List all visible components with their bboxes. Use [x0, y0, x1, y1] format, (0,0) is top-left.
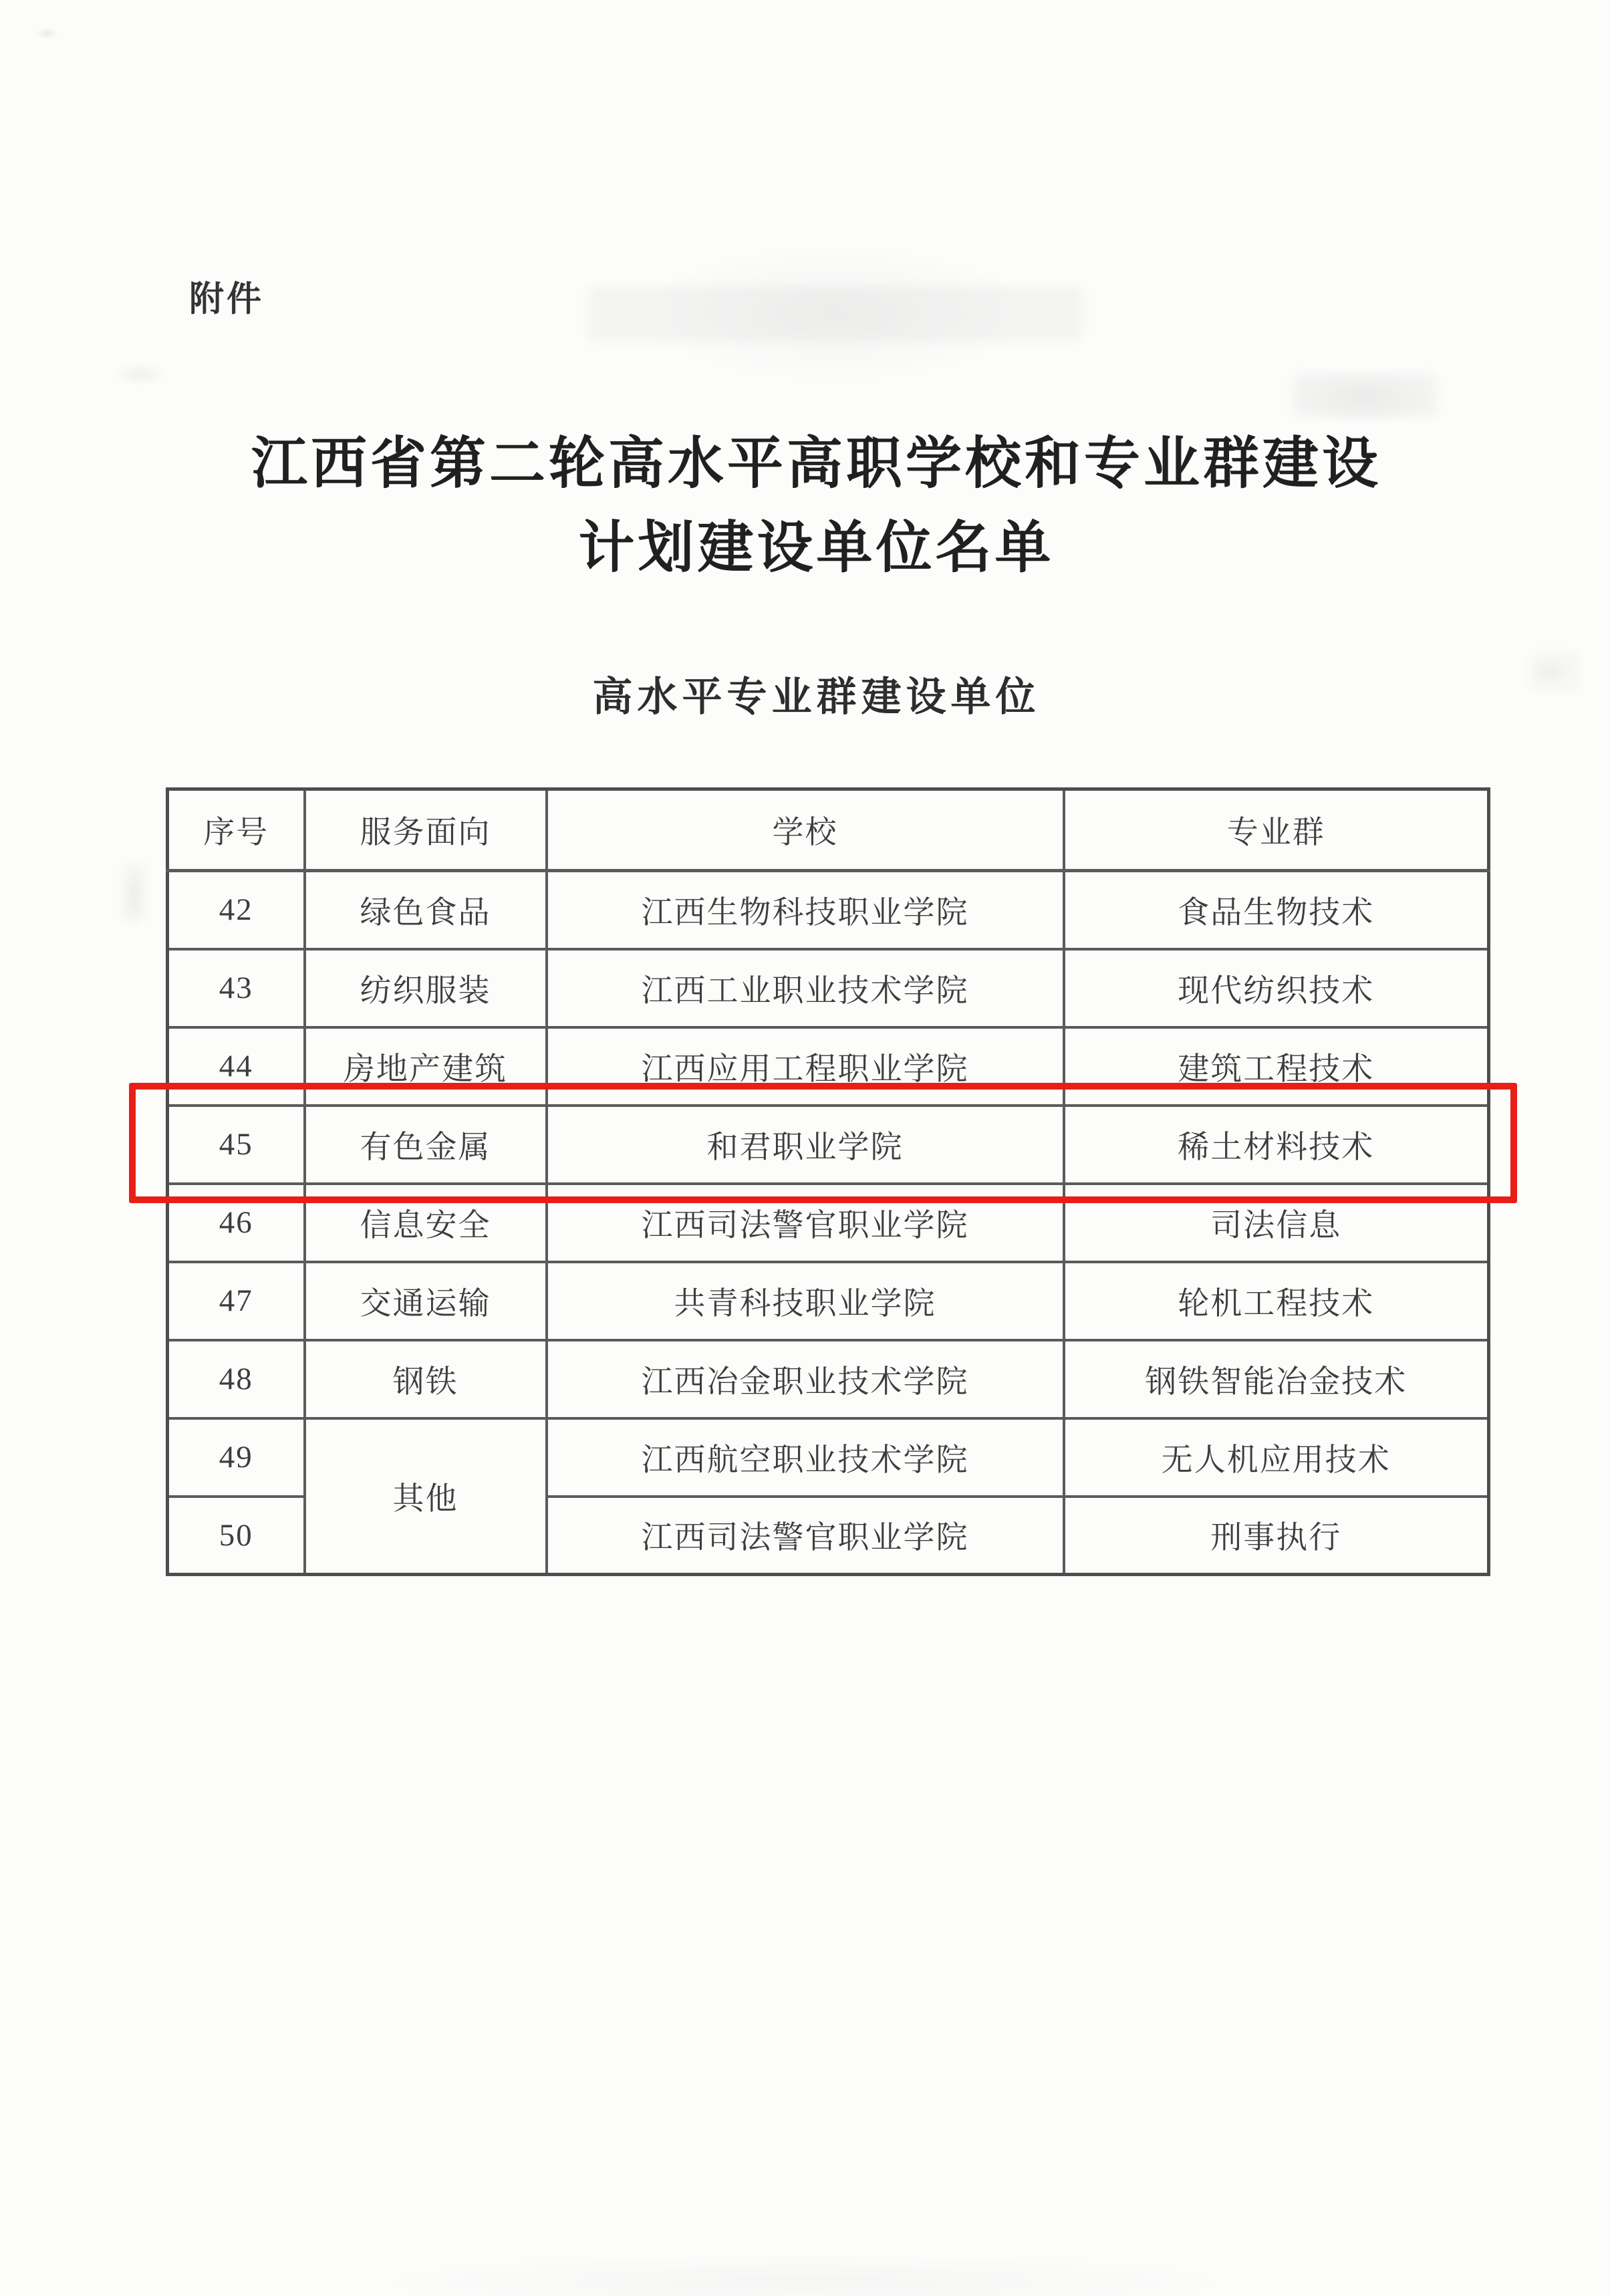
- table-row: 46 信息安全 江西司法警官职业学院 司法信息: [168, 1184, 1489, 1262]
- cell-school: 江西司法警官职业学院: [547, 1497, 1064, 1575]
- cell-group: 食品生物技术: [1064, 871, 1489, 949]
- cell-field: 有色金属: [305, 1106, 547, 1184]
- cell-group: 稀土材料技术: [1064, 1106, 1489, 1184]
- header-no: 序号: [168, 789, 305, 871]
- document-page: 附件 江西省第二轮高水平高职学校和专业群建设 计划建设单位名单 高水平专业群建设…: [0, 0, 1610, 2296]
- cell-field: 纺织服装: [305, 949, 547, 1027]
- cell-no: 46: [168, 1184, 305, 1262]
- units-table: 序号 服务面向 学校 专业群 42 绿色食品 江西生物科技职业学院 食品生物技术…: [166, 787, 1490, 1576]
- cell-no: 42: [168, 871, 305, 949]
- cell-group: 无人机应用技术: [1064, 1418, 1489, 1497]
- cell-no: 47: [168, 1262, 305, 1340]
- cell-school: 江西生物科技职业学院: [547, 871, 1064, 949]
- cell-group: 司法信息: [1064, 1184, 1489, 1262]
- cell-no: 49: [168, 1418, 305, 1497]
- cell-no: 44: [168, 1027, 305, 1106]
- bleed-through-artifact: [1293, 373, 1437, 417]
- table-row: 42 绿色食品 江西生物科技职业学院 食品生物技术: [168, 871, 1489, 949]
- cell-field: 信息安全: [305, 1184, 547, 1262]
- cell-no: 45: [168, 1106, 305, 1184]
- table-row: 49 其他 江西航空职业技术学院 无人机应用技术: [168, 1418, 1489, 1497]
- section-heading: 高水平专业群建设单位: [0, 665, 1610, 723]
- table-row: 44 房地产建筑 江西应用工程职业学院 建筑工程技术: [168, 1027, 1489, 1106]
- cell-no: 50: [168, 1497, 305, 1575]
- cell-field-merged: 其他: [305, 1418, 547, 1575]
- table-row: 43 纺织服装 江西工业职业技术学院 现代纺织技术: [168, 949, 1489, 1027]
- cell-no: 48: [168, 1340, 305, 1418]
- table-row-highlighted: 45 有色金属 和君职业学院 稀土材料技术: [168, 1106, 1489, 1184]
- document-title: 江西省第二轮高水平高职学校和专业群建设 计划建设单位名单: [0, 421, 1610, 590]
- table-row: 48 钢铁 江西冶金职业技术学院 钢铁智能冶金技术: [168, 1340, 1489, 1418]
- header-school: 学校: [547, 789, 1064, 871]
- cell-field: 房地产建筑: [305, 1027, 547, 1106]
- cell-school: 江西应用工程职业学院: [547, 1027, 1064, 1106]
- table-row: 47 交通运输 共青科技职业学院 轮机工程技术: [168, 1262, 1489, 1340]
- document-title-line2: 计划建设单位名单: [23, 505, 1610, 590]
- cell-group: 现代纺织技术: [1064, 949, 1489, 1027]
- bleed-through-artifact: [588, 286, 1083, 341]
- cell-school: 共青科技职业学院: [547, 1262, 1064, 1340]
- header-group: 专业群: [1064, 789, 1489, 871]
- cell-school: 江西司法警官职业学院: [547, 1184, 1064, 1262]
- document-title-line1: 江西省第二轮高水平高职学校和专业群建设: [23, 421, 1610, 505]
- cell-school: 江西航空职业技术学院: [547, 1418, 1064, 1497]
- cell-school: 和君职业学院: [547, 1106, 1064, 1184]
- bleed-through-artifact: [122, 864, 148, 921]
- units-table-wrap: 序号 服务面向 学校 专业群 42 绿色食品 江西生物科技职业学院 食品生物技术…: [166, 787, 1487, 1576]
- cell-group: 钢铁智能冶金技术: [1064, 1340, 1489, 1418]
- header-row: 序号 服务面向 学校 专业群: [168, 789, 1489, 871]
- cell-group: 轮机工程技术: [1064, 1262, 1489, 1340]
- cell-no: 43: [168, 949, 305, 1027]
- cell-group: 建筑工程技术: [1064, 1027, 1489, 1106]
- cell-field: 钢铁: [305, 1340, 547, 1418]
- cell-school: 江西冶金职业技术学院: [547, 1340, 1064, 1418]
- cell-field: 绿色食品: [305, 871, 547, 949]
- cell-field: 交通运输: [305, 1262, 547, 1340]
- cell-group: 刑事执行: [1064, 1497, 1489, 1575]
- header-field: 服务面向: [305, 789, 547, 871]
- cell-school: 江西工业职业技术学院: [547, 949, 1064, 1027]
- attachment-label: 附件: [189, 271, 264, 321]
